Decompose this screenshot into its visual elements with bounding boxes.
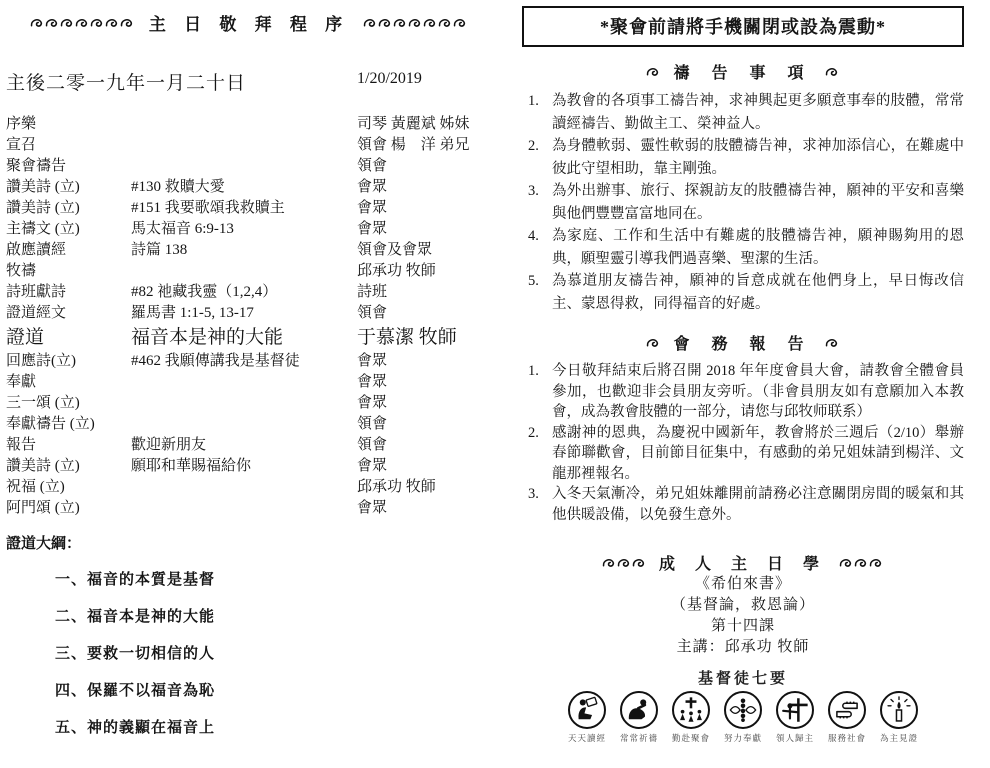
page-title: 主 日 敬 拜 程 序 (149, 10, 349, 35)
program-item-name: 序樂 (6, 114, 131, 135)
program-row: 詩班獻詩#82 祂藏我靈（1,2,4）詩班 (6, 282, 492, 303)
program-row: 回應詩(立)#462 我願傳講我是基督徒會眾 (6, 351, 492, 372)
program-item-detail: 願耶和華賜福給你 (131, 456, 357, 477)
report-item: 2.感謝神的恩典，為慶祝中國新年，教會將於三週后（2/10）舉辦春節聯歡會，目前… (522, 423, 964, 485)
program-row: 宣召領會 楊 洋 弟兄 (6, 135, 492, 156)
prayer-text: 為家庭、工作和生活中有難處的肢體禱告神，願神賜夠用的恩典，願聖靈引導我們過喜樂、… (552, 225, 964, 270)
program-item-detail (131, 114, 357, 135)
program-item-detail (131, 372, 357, 393)
diligent-offering-icon (724, 691, 762, 729)
phone-notice-box: *聚會前請將手機關閉或設為震動* (522, 6, 964, 47)
sunday-school-teacher: 主講：邱承功 牧師 (522, 637, 964, 658)
worship-bulletin-page: 主 日 敬 拜 程 序 主後二零一九年一月二十日 1/20/2019 序樂司琴 … (0, 0, 990, 768)
program-item-detail (131, 477, 357, 498)
program-item-name: 奉獻 (6, 372, 131, 393)
program-item-leader: 會眾 (357, 372, 492, 393)
prayer-section-title: 禱 告 事 項 (673, 60, 812, 83)
report-section-title: 會 務 報 告 (673, 331, 812, 354)
program-row: 讚美詩 (立)願耶和華賜福給你會眾 (6, 456, 492, 477)
outline-item: 一、福音的本質是基督 (55, 570, 492, 590)
daily-bible-reading-icon (568, 691, 606, 729)
program-item-name: 主禱文 (立) (6, 219, 131, 240)
report-number: 3. (522, 484, 552, 525)
program-item-detail (131, 261, 357, 282)
sunday-school-book: 《希伯來書》 (522, 574, 964, 595)
seven-essential-cell: 為主見證 (873, 691, 925, 744)
program-item-detail: 歡迎新朋友 (131, 435, 357, 456)
program-item-name: 讚美詩 (立) (6, 177, 131, 198)
scroll-ornament-icon (602, 557, 647, 568)
program-item-leader: 會眾 (357, 456, 492, 477)
prayer-text: 為身體軟弱、靈性軟弱的肢體禱告神，求神加添信心，在難處中彼此守望相助，靠主剛強。 (552, 135, 964, 180)
worship-program-list: 序樂司琴 黃麗斌 姊妹宣召領會 楊 洋 弟兄聚會禱告領會讚美詩 (立)#130 … (6, 114, 492, 519)
program-row: 證道福音本是神的大能于慕潔 牧師 (6, 324, 492, 351)
program-item-name: 阿門頌 (立) (6, 498, 131, 519)
scroll-ornament-icon (839, 557, 884, 568)
program-item-leader: 會眾 (357, 498, 492, 519)
program-item-name: 啟應讀經 (6, 240, 131, 261)
program-item-detail (131, 393, 357, 414)
prayer-item: 5.為慕道朋友禱告神，願神的旨意成就在他們身上，早日悔改信主、蒙恩得救，同得福音… (522, 270, 964, 315)
outline-item: 五、神的義顯在福音上 (55, 718, 492, 738)
prayer-text: 為外出辦事、旅行、探親訪友的肢體禱告神，願神的平安和喜樂與他們豐豐富富地同在。 (552, 180, 964, 225)
program-item-leader: 邱承功 牧師 (357, 261, 492, 282)
seven-essential-cell: 勤赴聚會 (665, 691, 717, 744)
program-item-name: 牧禱 (6, 261, 131, 282)
outline-item: 四、保羅不以福音為恥 (55, 681, 492, 701)
program-row: 序樂司琴 黃麗斌 姊妹 (6, 114, 492, 135)
program-item-leader: 領會 (357, 303, 492, 324)
report-number: 1. (522, 361, 552, 423)
program-row: 聚會禱告領會 (6, 156, 492, 177)
sunday-school-lesson: 第十四課 (522, 616, 964, 637)
seven-essential-label: 常常祈禱 (620, 732, 658, 744)
program-item-detail: #462 我願傳講我是基督徒 (131, 351, 357, 372)
program-item-leader: 詩班 (357, 282, 492, 303)
sermon-outline-title: 證道大綱： (6, 532, 492, 553)
seven-essential-label: 領人歸主 (776, 732, 814, 744)
program-item-leader: 司琴 黃麗斌 姊妹 (357, 114, 492, 135)
report-item: 3.入冬天氣漸冷，弟兄姐妹離開前請務必注意關閉房間的暖氣和其他供暖設備，以免發生… (522, 484, 964, 525)
seven-essential-label: 為主見證 (880, 732, 918, 744)
program-item-leader: 領會及會眾 (357, 240, 492, 261)
report-number: 2. (522, 423, 552, 485)
program-row: 啟應讀經詩篇 138領會及會眾 (6, 240, 492, 261)
report-text: 感謝神的恩典，為慶祝中國新年，教會將於三週后（2/10）舉辦春節聯歡會，目前節目… (552, 423, 964, 485)
program-item-detail: 羅馬書 1:1-5, 13-17 (131, 303, 357, 324)
program-item-leader: 領會 (357, 435, 492, 456)
seven-essential-label: 天天讀經 (568, 732, 606, 744)
program-item-leader: 領會 楊 洋 弟兄 (357, 135, 492, 156)
program-item-name: 祝福 (立) (6, 477, 131, 498)
witness-for-lord-icon (880, 691, 918, 729)
program-item-leader: 會眾 (357, 198, 492, 219)
seven-essential-label: 努力奉獻 (724, 732, 762, 744)
prayer-item: 4.為家庭、工作和生活中有難處的肢體禱告神，願神賜夠用的恩典，願聖靈引導我們過喜… (522, 225, 964, 270)
prayer-number: 1. (522, 90, 552, 135)
program-item-detail: 福音本是神的大能 (131, 324, 357, 351)
program-item-name: 聚會禱告 (6, 156, 131, 177)
program-item-name: 宣召 (6, 135, 131, 156)
date-row: 主後二零一九年一月二十日 1/20/2019 (6, 68, 492, 94)
program-item-name: 奉獻禱告 (立) (6, 414, 131, 435)
program-item-detail (131, 498, 357, 519)
seven-essential-label: 服務社會 (828, 732, 866, 744)
prayer-text: 為慕道朋友禱告神，願神的旨意成就在他們身上，早日悔改信主、蒙恩得救，同得福音的好… (552, 270, 964, 315)
sunday-school-header: 成 人 主 日 學 (522, 551, 964, 574)
program-item-name: 詩班獻詩 (6, 282, 131, 303)
program-item-leader: 會眾 (357, 177, 492, 198)
prayer-number: 5. (522, 270, 552, 315)
scroll-ornament-icon (825, 66, 840, 77)
prayer-number: 3. (522, 180, 552, 225)
sermon-outline-list: 一、福音的本質是基督二、福音本是神的大能三、要救一切相信的人四、保羅不以福音為恥… (55, 570, 492, 738)
report-items-list: 1.今日敬拜結束后將召開 2018 年年度會員大會，請教會全體會員參加，也歡迎非… (522, 361, 964, 525)
program-item-leader: 領會 (357, 156, 492, 177)
seven-essentials-block: 基督徒七要 天天讀經常常祈禱勤赴聚會努力奉獻領人歸主服務社會為主見證 (522, 667, 964, 744)
scroll-ornament-icon (30, 17, 135, 28)
program-item-leader: 于慕潔 牧師 (357, 324, 492, 351)
program-item-leader: 邱承功 牧師 (357, 477, 492, 498)
date-chinese: 主後二零一九年一月二十日 (6, 73, 246, 94)
program-row: 三一頌 (立)會眾 (6, 393, 492, 414)
program-row: 讚美詩 (立)#130 救贖大愛會眾 (6, 177, 492, 198)
announcements-column: *聚會前請將手機關閉或設為震動* 禱 告 事 項 1.為教會的各項事工禱告神，求… (522, 6, 964, 744)
program-item-name: 讚美詩 (立) (6, 456, 131, 477)
prayer-item: 2.為身體軟弱、靈性軟弱的肢體禱告神，求神加添信心，在難處中彼此守望相助，靠主剛… (522, 135, 964, 180)
seven-essential-cell: 常常祈禱 (613, 691, 665, 744)
seven-essential-label: 勤赴聚會 (672, 732, 710, 744)
outline-item: 三、要救一切相信的人 (55, 644, 492, 664)
program-item-leader: 會眾 (357, 219, 492, 240)
sunday-school-topic: （基督論，救恩論） (522, 595, 964, 616)
date-numeric: 1/20/2019 (357, 70, 422, 88)
program-row: 奉獻禱告 (立)領會 (6, 414, 492, 435)
prayer-item: 1.為教會的各項事工禱告神，求神興起更多願意事奉的肢體，常常讀經禱告、勤做主工、… (522, 90, 964, 135)
program-row: 報告歡迎新朋友領會 (6, 435, 492, 456)
program-row: 主禱文 (立)馬太福音 6:9-13會眾 (6, 219, 492, 240)
program-item-name: 證道 (6, 324, 131, 351)
seven-essentials-icon-row: 天天讀經常常祈禱勤赴聚會努力奉獻領人歸主服務社會為主見證 (522, 691, 964, 744)
program-item-name: 證道經文 (6, 303, 131, 324)
program-item-leader: 會眾 (357, 393, 492, 414)
prayer-number: 4. (522, 225, 552, 270)
seven-essential-cell: 服務社會 (821, 691, 873, 744)
sunday-school-title: 成 人 主 日 學 (659, 551, 827, 574)
program-item-leader: 會眾 (357, 351, 492, 372)
program-item-name: 三一頌 (立) (6, 393, 131, 414)
report-text: 今日敬拜結束后將召開 2018 年年度會員大會，請教會全體會員參加，也歡迎非会員… (552, 361, 964, 423)
program-item-detail: #130 救贖大愛 (131, 177, 357, 198)
seven-essential-cell: 領人歸主 (769, 691, 821, 744)
program-item-detail: 詩篇 138 (131, 240, 357, 261)
prayer-items-list: 1.為教會的各項事工禱告神，求神興起更多願意事奉的肢體，常常讀經禱告、勤做主工、… (522, 90, 964, 315)
program-item-detail (131, 135, 357, 156)
program-item-name: 報告 (6, 435, 131, 456)
seven-essential-cell: 努力奉獻 (717, 691, 769, 744)
scroll-ornament-icon (646, 66, 661, 77)
program-item-leader: 領會 (357, 414, 492, 435)
program-row: 奉獻會眾 (6, 372, 492, 393)
scroll-ornament-icon (646, 337, 661, 348)
bulletin-header: 主 日 敬 拜 程 序 (6, 10, 492, 35)
serve-society-icon (828, 691, 866, 729)
program-item-detail (131, 414, 357, 435)
report-item: 1.今日敬拜結束后將召開 2018 年年度會員大會，請教會全體會員參加，也歡迎非… (522, 361, 964, 423)
prayer-number: 2. (522, 135, 552, 180)
attend-meetings-icon (672, 691, 710, 729)
program-row: 阿門頌 (立)會眾 (6, 498, 492, 519)
report-text: 入冬天氣漸冷，弟兄姐妹離開前請務必注意關閉房間的暖氣和其他供暖設備，以免發生意外… (552, 484, 964, 525)
program-item-name: 讚美詩 (立) (6, 198, 131, 219)
program-row: 讚美詩 (立)#151 我要歌頌我救贖主會眾 (6, 198, 492, 219)
program-row: 牧禱邱承功 牧師 (6, 261, 492, 282)
seven-essentials-title: 基督徒七要 (522, 667, 964, 688)
prayer-section-header: 禱 告 事 項 (522, 60, 964, 83)
worship-order-column: 主 日 敬 拜 程 序 主後二零一九年一月二十日 1/20/2019 序樂司琴 … (6, 8, 492, 738)
outline-item: 二、福音本是神的大能 (55, 607, 492, 627)
scroll-ornament-icon (363, 17, 468, 28)
program-item-detail: #82 祂藏我靈（1,2,4） (131, 282, 357, 303)
program-item-detail: 馬太福音 6:9-13 (131, 219, 357, 240)
program-item-detail: #151 我要歌頌我救贖主 (131, 198, 357, 219)
constant-prayer-icon (620, 691, 658, 729)
scroll-ornament-icon (825, 337, 840, 348)
prayer-item: 3.為外出辦事、旅行、探親訪友的肢體禱告神，願神的平安和喜樂與他們豐豐富富地同在… (522, 180, 964, 225)
program-row: 證道經文羅馬書 1:1-5, 13-17領會 (6, 303, 492, 324)
lead-people-to-lord-icon (776, 691, 814, 729)
report-section-header: 會 務 報 告 (522, 331, 964, 354)
seven-essential-cell: 天天讀經 (561, 691, 613, 744)
program-item-detail (131, 156, 357, 177)
program-item-name: 回應詩(立) (6, 351, 131, 372)
program-row: 祝福 (立)邱承功 牧師 (6, 477, 492, 498)
sunday-school-block: 成 人 主 日 學 《希伯來書》 （基督論，救恩論） 第十四課 主講：邱承功 牧… (522, 551, 964, 658)
prayer-text: 為教會的各項事工禱告神，求神興起更多願意事奉的肢體，常常讀經禱告、勤做主工、榮神… (552, 90, 964, 135)
